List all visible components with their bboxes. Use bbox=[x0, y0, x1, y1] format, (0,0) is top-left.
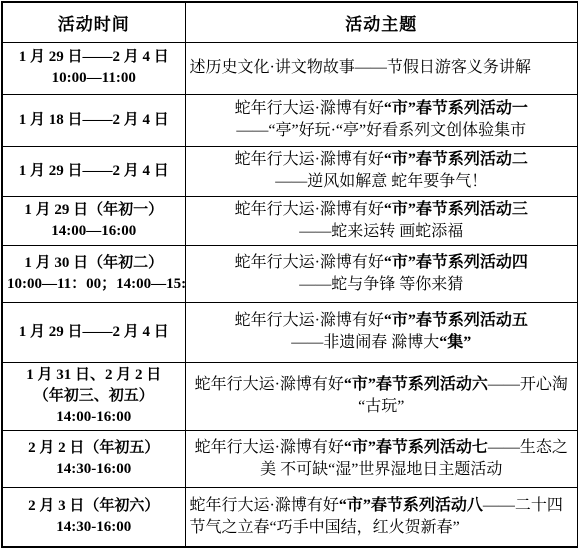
theme-text-bold: “市”春节系列活动七 bbox=[344, 439, 488, 456]
table-row: 1 月 29 日（年初一）14:00—16:00蛇年行大运·滁博有好“市”春节系… bbox=[2, 196, 578, 245]
theme-text-bold: “市”春节系列活动一 bbox=[384, 100, 528, 117]
theme-text-bold: “市”春节系列活动二 bbox=[384, 151, 528, 168]
theme-text: ——蛇来运转 画蛇添福 bbox=[299, 223, 463, 240]
theme-cell: 蛇年行大运·滁博有好“市”春节系列活动七——生态之美 不可缺“湿”世界湿地日主题… bbox=[185, 430, 578, 487]
table-row: 2 月 2 日（年初五）14:30-16:00蛇年行大运·滁博有好“市”春节系列… bbox=[2, 430, 578, 487]
theme-text: 蛇年行大运·滁博有好 bbox=[195, 376, 344, 393]
time-line: 2 月 3 日（年初六） bbox=[7, 496, 181, 517]
theme-text-bold: “市”春节系列活动五 bbox=[384, 312, 528, 329]
theme-text: ——“亭”好玩·“亭”好看系列文创体验集市 bbox=[236, 122, 526, 139]
time-line: 14:00-16:00 bbox=[7, 407, 181, 428]
header-theme-cell: 活动主题 bbox=[185, 2, 578, 42]
time-line: 1 月 18 日——2 月 4 日 bbox=[7, 110, 181, 131]
theme-cell: 述历史文化·讲文物故事——节假日游客义务讲解 bbox=[185, 42, 578, 94]
time-cell: 1 月 31 日、2 月 2 日（年初三、初五）14:00-16:00 bbox=[2, 362, 185, 430]
theme-cell: 蛇年行大运·滁博有好“市”春节系列活动一 ——“亭”好玩·“亭”好看系列文创体验… bbox=[185, 94, 578, 146]
time-cell: 1 月 29 日——2 月 4 日 bbox=[2, 302, 185, 362]
header-time-cell: 活动时间 bbox=[2, 2, 185, 42]
theme-text: ——逆风如解意 蛇年要争气！ bbox=[275, 173, 487, 190]
theme-cell: 蛇年行大运·滁博有好“市”春节系列活动五 ——非遗闹春 滁博大“集” bbox=[185, 302, 578, 362]
theme-cell: 蛇年行大运·滁博有好“市”春节系列活动六——开心淘“古玩” bbox=[185, 362, 578, 430]
time-line: 1 月 30 日（年初二） bbox=[7, 253, 181, 274]
table-row: 1 月 29 日——2 月 4 日蛇年行大运·滁博有好“市”春节系列活动二 ——… bbox=[2, 146, 578, 196]
time-line: 10:00—11:00 bbox=[7, 68, 181, 89]
time-cell: 1 月 30 日（年初二）10:00—11：00；14:00—15:00 bbox=[2, 245, 185, 302]
activity-schedule-table: 活动时间 活动主题 1 月 29 日——2 月 4 日10:00—11:00述历… bbox=[1, 1, 578, 548]
table-row: 1 月 31 日、2 月 2 日（年初三、初五）14:00-16:00蛇年行大运… bbox=[2, 362, 578, 430]
theme-text: 蛇年行大运·滁博有好 bbox=[190, 497, 339, 514]
time-line: 14:00—16:00 bbox=[7, 221, 181, 242]
table-row: 1 月 30 日（年初二）10:00—11：00；14:00—15:00蛇年行大… bbox=[2, 245, 578, 302]
document-page: 活动时间 活动主题 1 月 29 日——2 月 4 日10:00—11:00述历… bbox=[0, 0, 578, 548]
theme-text: 蛇年行大运·滁博有好 bbox=[235, 201, 384, 218]
time-line: 14:30-16:00 bbox=[7, 517, 181, 538]
theme-cell: 蛇年行大运·滁博有好“市”春节系列活动三 ——蛇来运转 画蛇添福 bbox=[185, 196, 578, 245]
time-cell: 2 月 3 日（年初六）14:30-16:00 bbox=[2, 487, 185, 547]
time-line: （年初三、初五） bbox=[7, 386, 181, 407]
time-line: 10:00—11：00；14:00—15:00 bbox=[7, 274, 181, 295]
theme-text-bold: “市”春节系列活动四 bbox=[384, 254, 528, 271]
table-body: 1 月 29 日——2 月 4 日10:00—11:00述历史文化·讲文物故事—… bbox=[2, 42, 578, 547]
table-row: 1 月 29 日——2 月 4 日蛇年行大运·滁博有好“市”春节系列活动五 ——… bbox=[2, 302, 578, 362]
table-row: 1 月 18 日——2 月 4 日蛇年行大运·滁博有好“市”春节系列活动一 ——… bbox=[2, 94, 578, 146]
theme-text: ——非遗闹春 滁博大 bbox=[291, 334, 439, 351]
time-cell: 1 月 29 日——2 月 4 日 bbox=[2, 146, 185, 196]
time-cell: 1 月 29 日——2 月 4 日10:00—11:00 bbox=[2, 42, 185, 94]
time-line: 1 月 29 日（年初一） bbox=[7, 200, 181, 221]
theme-cell: 蛇年行大运·滁博有好“市”春节系列活动四 ——蛇与争锋 等你来猜 bbox=[185, 245, 578, 302]
theme-text-bold: “市”春节系列活动六 bbox=[344, 376, 488, 393]
time-line: 1 月 29 日——2 月 4 日 bbox=[7, 161, 181, 182]
time-line: 14:30-16:00 bbox=[7, 459, 181, 480]
time-line: 1 月 31 日、2 月 2 日 bbox=[7, 365, 181, 386]
theme-cell: 蛇年行大运·滁博有好“市”春节系列活动八——二十四节气之立春“巧手中国结，红火贺… bbox=[185, 487, 578, 547]
theme-text: ——蛇与争锋 等你来猜 bbox=[299, 276, 463, 293]
time-cell: 1 月 18 日——2 月 4 日 bbox=[2, 94, 185, 146]
time-line: 1 月 29 日——2 月 4 日 bbox=[7, 322, 181, 343]
time-cell: 2 月 2 日（年初五）14:30-16:00 bbox=[2, 430, 185, 487]
time-line: 1 月 29 日——2 月 4 日 bbox=[7, 47, 181, 68]
time-line: 2 月 2 日（年初五） bbox=[7, 438, 181, 459]
theme-text: 蛇年行大运·滁博有好 bbox=[235, 312, 384, 329]
table-header: 活动时间 活动主题 bbox=[2, 2, 578, 42]
table-row: 2 月 3 日（年初六）14:30-16:00蛇年行大运·滁博有好“市”春节系列… bbox=[2, 487, 578, 547]
table-row: 1 月 29 日——2 月 4 日10:00—11:00述历史文化·讲文物故事—… bbox=[2, 42, 578, 94]
theme-text-bold: “市”春节系列活动三 bbox=[384, 201, 528, 218]
time-cell: 1 月 29 日（年初一）14:00—16:00 bbox=[2, 196, 185, 245]
theme-cell: 蛇年行大运·滁博有好“市”春节系列活动二 ——逆风如解意 蛇年要争气！ bbox=[185, 146, 578, 196]
theme-text: 蛇年行大运·滁博有好 bbox=[235, 151, 384, 168]
theme-text: 蛇年行大运·滁博有好 bbox=[235, 100, 384, 117]
theme-text-bold: “集” bbox=[439, 334, 471, 351]
theme-text: 述历史文化·讲文物故事——节假日游客义务讲解 bbox=[190, 59, 531, 76]
theme-text-bold: “市”春节系列活动八 bbox=[339, 497, 483, 514]
header-row: 活动时间 活动主题 bbox=[2, 2, 578, 42]
theme-text: 蛇年行大运·滁博有好 bbox=[235, 254, 384, 271]
theme-text: 蛇年行大运·滁博有好 bbox=[195, 439, 344, 456]
